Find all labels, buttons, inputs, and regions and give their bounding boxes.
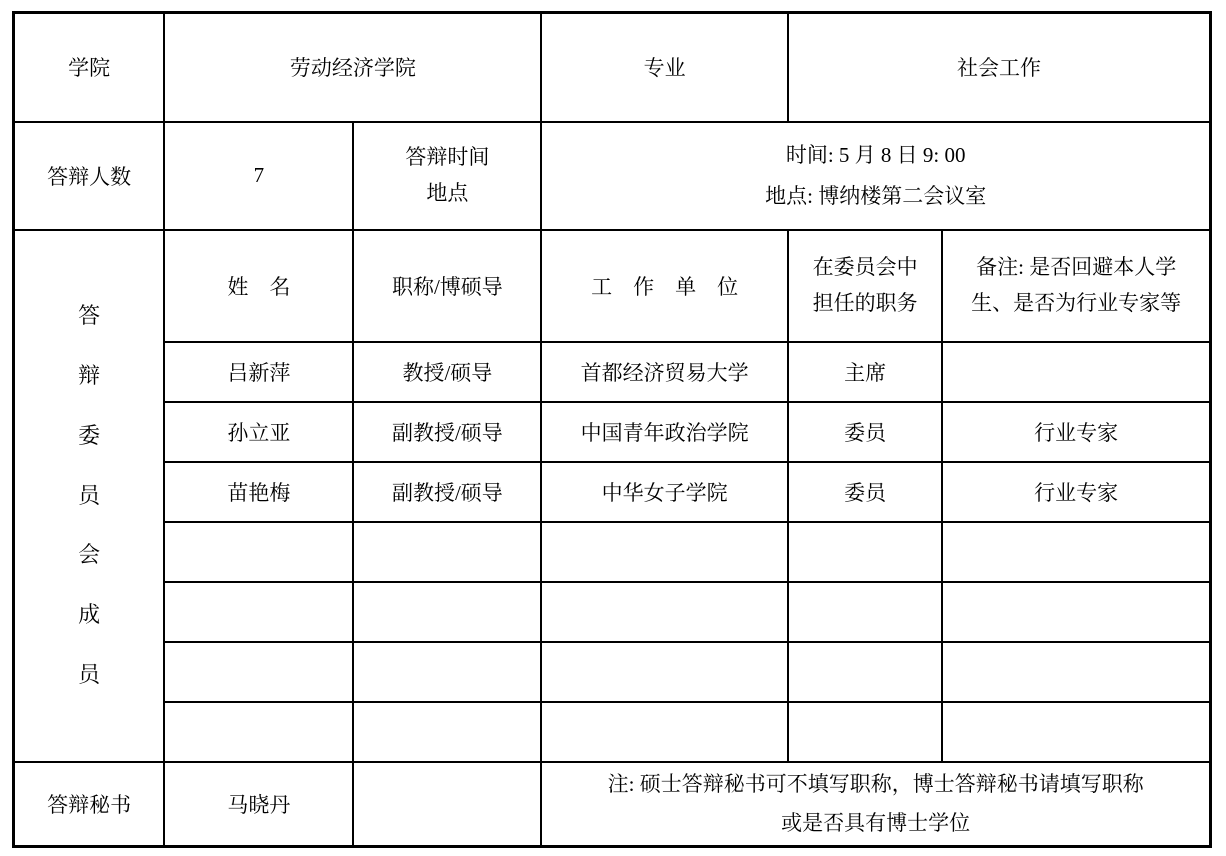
committee-section-label-cell: 答辩委员会成员 [14,230,165,762]
header-role-cell: 在委员会中 担任的职务 [788,230,942,342]
member-workunit-cell [541,582,788,642]
header-workunit-cell: 工 作 单 位 [541,230,788,342]
member-remark-cell [942,342,1210,402]
member-workunit-cell [541,702,788,762]
committee-section-vertical-label: 答辩委员会成员 [77,286,102,705]
member-row: 孙立亚 副教授/硕导 中国青年政治学院 委员 行业专家 [14,402,1211,462]
member-name-cell: 吕新萍 [164,342,353,402]
defender-count-value-cell: 7 [164,122,353,230]
member-row-empty [14,522,1211,582]
member-role-cell: 委员 [788,402,942,462]
defender-count-label-cell: 答辩人数 [14,122,165,230]
secretary-row: 答辩秘书 马晓丹 注: 硕士答辩秘书可不填写职称，博士答辩秘书请填写职称 或是否… [14,762,1211,847]
member-title-cell: 教授/硕导 [353,342,541,402]
major-label-cell: 专业 [541,13,788,122]
header-title-cell: 职称/博硕导 [353,230,541,342]
member-workunit-cell [541,642,788,702]
member-name-cell [164,642,353,702]
secretary-note-cell: 注: 硕士答辩秘书可不填写职称，博士答辩秘书请填写职称 或是否具有博士学位 [541,762,1210,847]
defense-committee-form-table: 学院 劳动经济学院 专业 社会工作 答辩人数 7 答辩时间 地点 时间: 5 月… [12,11,1212,848]
member-workunit-cell: 中国青年政治学院 [541,402,788,462]
member-remark-cell [942,642,1210,702]
member-row-empty [14,582,1211,642]
member-row-empty [14,702,1211,762]
college-value-cell: 劳动经济学院 [164,13,541,122]
header-name-cell: 姓 名 [164,230,353,342]
member-name-cell [164,702,353,762]
member-role-cell [788,582,942,642]
member-name-cell [164,522,353,582]
member-title-cell [353,642,541,702]
member-title-cell [353,522,541,582]
member-workunit-cell: 中华女子学院 [541,462,788,522]
major-value-cell: 社会工作 [788,13,1211,122]
member-title-cell: 副教授/硕导 [353,402,541,462]
member-remark-cell [942,702,1210,762]
member-role-cell [788,522,942,582]
secretary-title-cell [353,762,541,847]
member-remark-cell: 行业专家 [942,462,1210,522]
committee-header-row: 答辩委员会成员 姓 名 职称/博硕导 工 作 单 位 在委员会中 担任的职务 备… [14,230,1211,342]
member-role-cell: 委员 [788,462,942,522]
member-role-cell [788,642,942,702]
member-remark-cell [942,522,1210,582]
member-remark-cell: 行业专家 [942,402,1210,462]
member-role-cell: 主席 [788,342,942,402]
header-remark-cell: 备注: 是否回避本人学 生、是否为行业专家等 [942,230,1210,342]
document-page: 学院 劳动经济学院 专业 社会工作 答辩人数 7 答辩时间 地点 时间: 5 月… [0,0,1226,856]
college-label-cell: 学院 [14,13,165,122]
member-remark-cell [942,582,1210,642]
row-college-major: 学院 劳动经济学院 专业 社会工作 [14,13,1211,122]
member-row-empty [14,642,1211,702]
time-place-value-cell: 时间: 5 月 8 日 9: 00 地点: 博纳楼第二会议室 [541,122,1210,230]
member-title-cell [353,582,541,642]
row-count-time: 答辩人数 7 答辩时间 地点 时间: 5 月 8 日 9: 00 地点: 博纳楼… [14,122,1211,230]
member-role-cell [788,702,942,762]
member-workunit-cell [541,522,788,582]
member-name-cell [164,582,353,642]
member-title-cell [353,702,541,762]
member-workunit-cell: 首都经济贸易大学 [541,342,788,402]
member-row: 苗艳梅 副教授/硕导 中华女子学院 委员 行业专家 [14,462,1211,522]
member-title-cell: 副教授/硕导 [353,462,541,522]
secretary-label-cell: 答辩秘书 [14,762,165,847]
member-row: 吕新萍 教授/硕导 首都经济贸易大学 主席 [14,342,1211,402]
member-name-cell: 孙立亚 [164,402,353,462]
time-place-label-cell: 答辩时间 地点 [353,122,541,230]
secretary-name-cell: 马晓丹 [164,762,353,847]
member-name-cell: 苗艳梅 [164,462,353,522]
